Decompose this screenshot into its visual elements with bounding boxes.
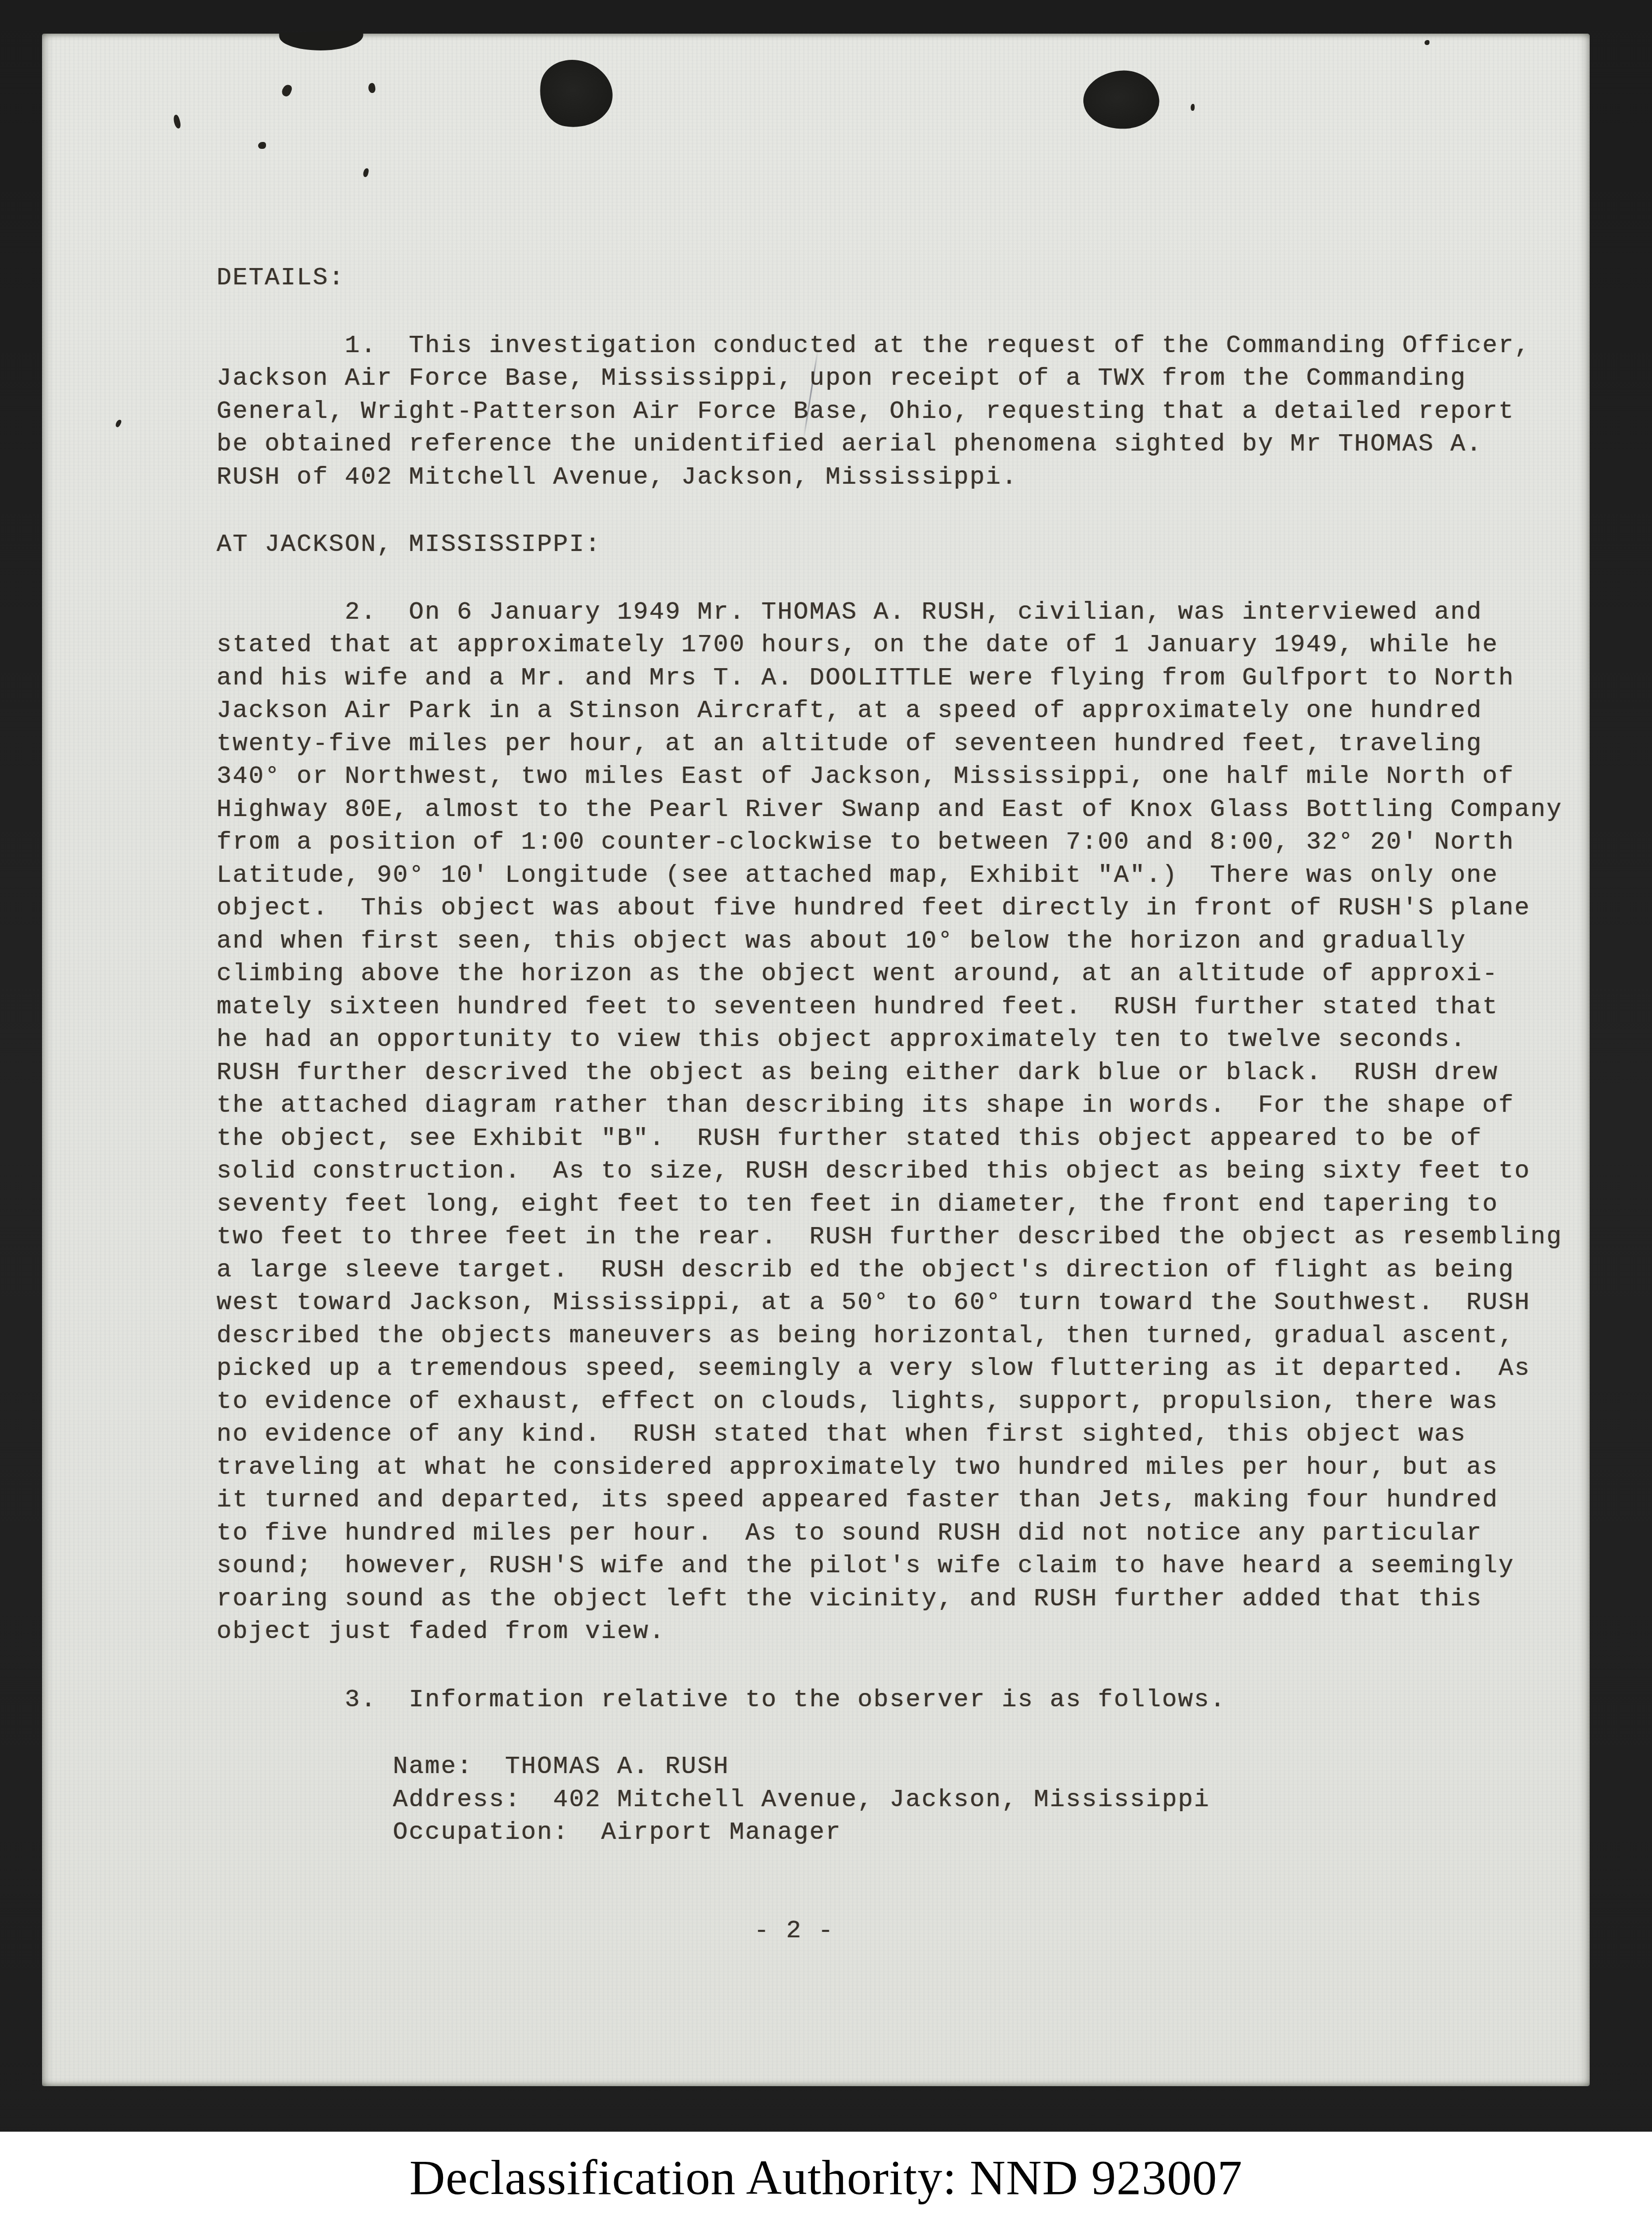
ink-speck	[1425, 40, 1429, 45]
ink-speck	[362, 168, 369, 178]
ink-speck	[1191, 104, 1195, 111]
ink-speck	[280, 84, 293, 98]
typewritten-text-column: DETAILS: 1. This investigation conducted…	[217, 262, 1596, 1948]
document-page: DETAILS: 1. This investigation conducted…	[42, 34, 1590, 2086]
declassification-banner: Declassification Authority: NND 923007	[0, 2132, 1652, 2238]
location-heading: AT JACKSON, MISSISSIPPI:	[217, 529, 1596, 562]
paper-edge-tear	[279, 30, 363, 52]
declassification-authority-text: Declassification Authority: NND 923007	[409, 2150, 1243, 2205]
page-number: - 2 -	[754, 1915, 1596, 1948]
paragraph-1: 1. This investigation conducted at the r…	[217, 330, 1596, 495]
ink-speck	[258, 142, 266, 149]
ink-speck	[115, 419, 122, 428]
hole-punch-right	[1080, 67, 1161, 133]
hole-punch-left	[535, 55, 617, 133]
paragraph-2: 2. On 6 January 1949 Mr. THOMAS A. RUSH,…	[217, 596, 1596, 1649]
details-heading: DETAILS:	[217, 262, 1596, 295]
observer-information-block: Name: THOMAS A. RUSH Address: 402 Mitche…	[217, 1751, 1596, 1850]
paragraph-3: 3. Information relative to the observer …	[217, 1684, 1596, 1717]
scanned-document-background: DETAILS: 1. This investigation conducted…	[0, 0, 1652, 2238]
ink-speck	[367, 83, 376, 93]
ink-speck	[173, 114, 182, 129]
